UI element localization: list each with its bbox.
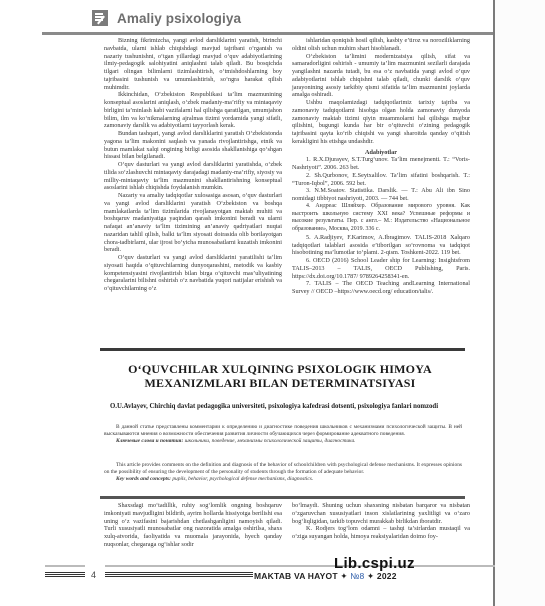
references-heading: Adabiyotlar <box>292 149 470 157</box>
abstract-russian: В данной статье представлены комментарии… <box>104 424 462 446</box>
keywords-text: pupils, behavior, psychological defense … <box>172 476 313 482</box>
paragraph: Ikkinchidan, O‘zbekiston Respublikasi ta… <box>104 91 282 130</box>
separator-star-icon: ✦ <box>340 571 347 581</box>
article-title: O‘QUVCHILAR XULQINING PSIXOLOGIK HIMOYA … <box>60 362 500 390</box>
article-author: O.U.Avlayev, Chirchiq davlat pedagogika … <box>98 403 468 412</box>
article-title-line-2: MEXANIZMLARI BILAN DETERMINATSIYASI <box>60 376 500 390</box>
footer-rule <box>45 565 85 567</box>
section-title: Amaliy psixologiya <box>117 11 241 26</box>
article-body-left: Shaxsdagi mo‘tadillik, ruhiy sog‘lomlik … <box>104 502 282 549</box>
page-right-margin <box>495 0 545 606</box>
year: 2022 <box>377 571 397 581</box>
reference-item: 6. OECD (2016) School Leader ship for Le… <box>292 257 470 280</box>
top-left-column: Bizning fikrimizcha, yangi avlod darslik… <box>104 37 282 293</box>
top-right-column: ishlaridan qoniqish hosil qilish, kasbiy… <box>292 37 470 296</box>
journal-name: MAKTAB VA HAYOT ✦ №8 ✦ 2022 <box>254 571 397 582</box>
reference-item: 2. Sh.Qurbonov, E.Seytxalilov. Ta’lim si… <box>292 172 470 188</box>
paragraph: ishlaridan qoniqish hosil qilish, kasbiy… <box>292 37 470 53</box>
header-rule <box>42 32 493 35</box>
footer-double-rule <box>45 572 85 577</box>
references-list: 1. R.X.Djurayev, S.T.Turg‘unov. Ta’lim m… <box>292 156 470 296</box>
abstract-english: This article provides comments on the de… <box>104 462 462 484</box>
body-divider <box>100 496 465 499</box>
abstract-text: This article provides comments on the de… <box>104 462 462 476</box>
article-body-right: bo‘lmaydi. Shuning uchun shaxsning nisba… <box>292 502 470 541</box>
separator-star-icon: ✦ <box>367 571 374 581</box>
watermark: Lib.cspi.uz <box>334 555 415 572</box>
section-header: Amaliy psixologiya <box>92 8 241 28</box>
paragraph: Ushbu maqolamizdagi tadqiqotlarimiz tari… <box>292 99 470 146</box>
reference-item: 4. Андреас Шляйхер. Образование мирового… <box>292 203 470 234</box>
issue-number: №8 <box>350 571 364 581</box>
reference-item: 3. N.M.Soatov. Statistika. Darslik. — T.… <box>292 187 470 203</box>
paragraph: K. Rodjers tog‘lom odamni – tashqi ta’si… <box>292 525 470 541</box>
abstract-text: В данной статье представлены комментарии… <box>104 424 462 438</box>
journal-title: MAKTAB VA HAYOT <box>254 571 338 581</box>
footer-double-rule <box>105 572 253 577</box>
page-edge-border <box>493 0 495 606</box>
paragraph: Bizning fikrimizcha, yangi avlod darslik… <box>104 37 282 91</box>
keywords-text: школьники, поведение, механизмы психолог… <box>185 438 356 444</box>
edit-note-icon <box>92 10 108 26</box>
reference-item: 5. A.Radjiyev, F.Karimov, A.Ibragimov. T… <box>292 234 470 257</box>
paragraph: bo‘lmaydi. Shuning uchun shaxsning nisba… <box>292 502 470 525</box>
keywords-label: Ключевые слова и понятия: <box>116 438 183 444</box>
paragraph: Bundan tashqari, yangi avlod darsliklari… <box>104 130 282 161</box>
paragraph: O‘quv dasturlari va yangi avlod darslikl… <box>104 254 282 293</box>
footer-rule <box>105 565 495 567</box>
paragraph: Shaxsdagi mo‘tadillik, ruhiy sog‘lomlik … <box>104 502 282 549</box>
article-title-line-1: O‘QUVCHILAR XULQINING PSIXOLOGIK HIMOYA <box>60 362 500 376</box>
page-number: 4 <box>91 570 96 580</box>
reference-item: 7. TALIS – The OECD Teaching andLearning… <box>292 280 470 296</box>
article-divider <box>100 348 465 351</box>
keywords-label: Key words and concepts: <box>116 476 171 482</box>
paragraph: O‘quv dasturlari va yangi avlod darslikl… <box>104 161 282 192</box>
paragraph: O‘zbekiston ta’limini modernizatsiya qil… <box>292 53 470 100</box>
paragraph: Nazariy va amaliy tadqiqotlar xulosasiga… <box>104 192 282 254</box>
reference-item: 1. R.X.Djurayev, S.T.Turg‘unov. Ta’lim m… <box>292 156 470 172</box>
